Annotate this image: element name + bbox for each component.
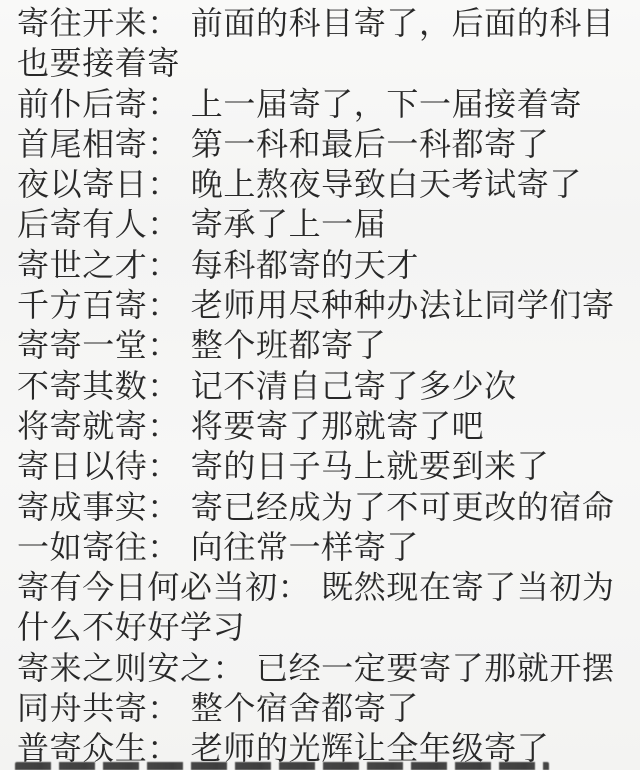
- text-line: 寄寄一堂： 整个班都寄了: [17, 325, 640, 365]
- cropped-text-strip: [15, 762, 549, 770]
- text-line: 寄世之才： 每科都寄的天才: [17, 245, 640, 285]
- text-line: 寄有今日何必当初： 既然现在寄了当初为: [17, 567, 640, 607]
- text-line: 不寄其数： 记不清自己寄了多少次: [17, 366, 640, 406]
- text-line: 前仆后寄： 上一届寄了，下一届接着寄: [17, 84, 640, 124]
- text-line: 同舟共寄： 整个宿舍都寄了: [17, 688, 640, 728]
- text-lines: 寄往开来： 前面的科目寄了，后面的科目也要接着寄前仆后寄： 上一届寄了，下一届接…: [0, 0, 640, 769]
- text-line: 寄来之则安之： 已经一定要寄了那就开摆: [17, 648, 640, 688]
- text-line: 千方百寄： 老师用尽种种办法让同学们寄: [17, 285, 640, 325]
- text-line: 将寄就寄： 将要寄了那就寄了吧: [17, 406, 640, 446]
- text-line: 也要接着寄: [17, 43, 640, 83]
- text-line: 寄往开来： 前面的科目寄了，后面的科目: [17, 3, 640, 43]
- text-line: 夜以寄日： 晚上熬夜导致白天考试寄了: [17, 164, 640, 204]
- text-line: 首尾相寄： 第一科和最后一科都寄了: [17, 124, 640, 164]
- text-line: 什么不好好学习: [17, 607, 640, 647]
- text-line: 寄成事实： 寄已经成为了不可更改的宿命: [17, 487, 640, 527]
- text-line: 后寄有人： 寄承了上一届: [17, 204, 640, 244]
- text-line: 寄日以待： 寄的日子马上就要到来了: [17, 446, 640, 486]
- text-line: 一如寄往： 向往常一样寄了: [17, 527, 640, 567]
